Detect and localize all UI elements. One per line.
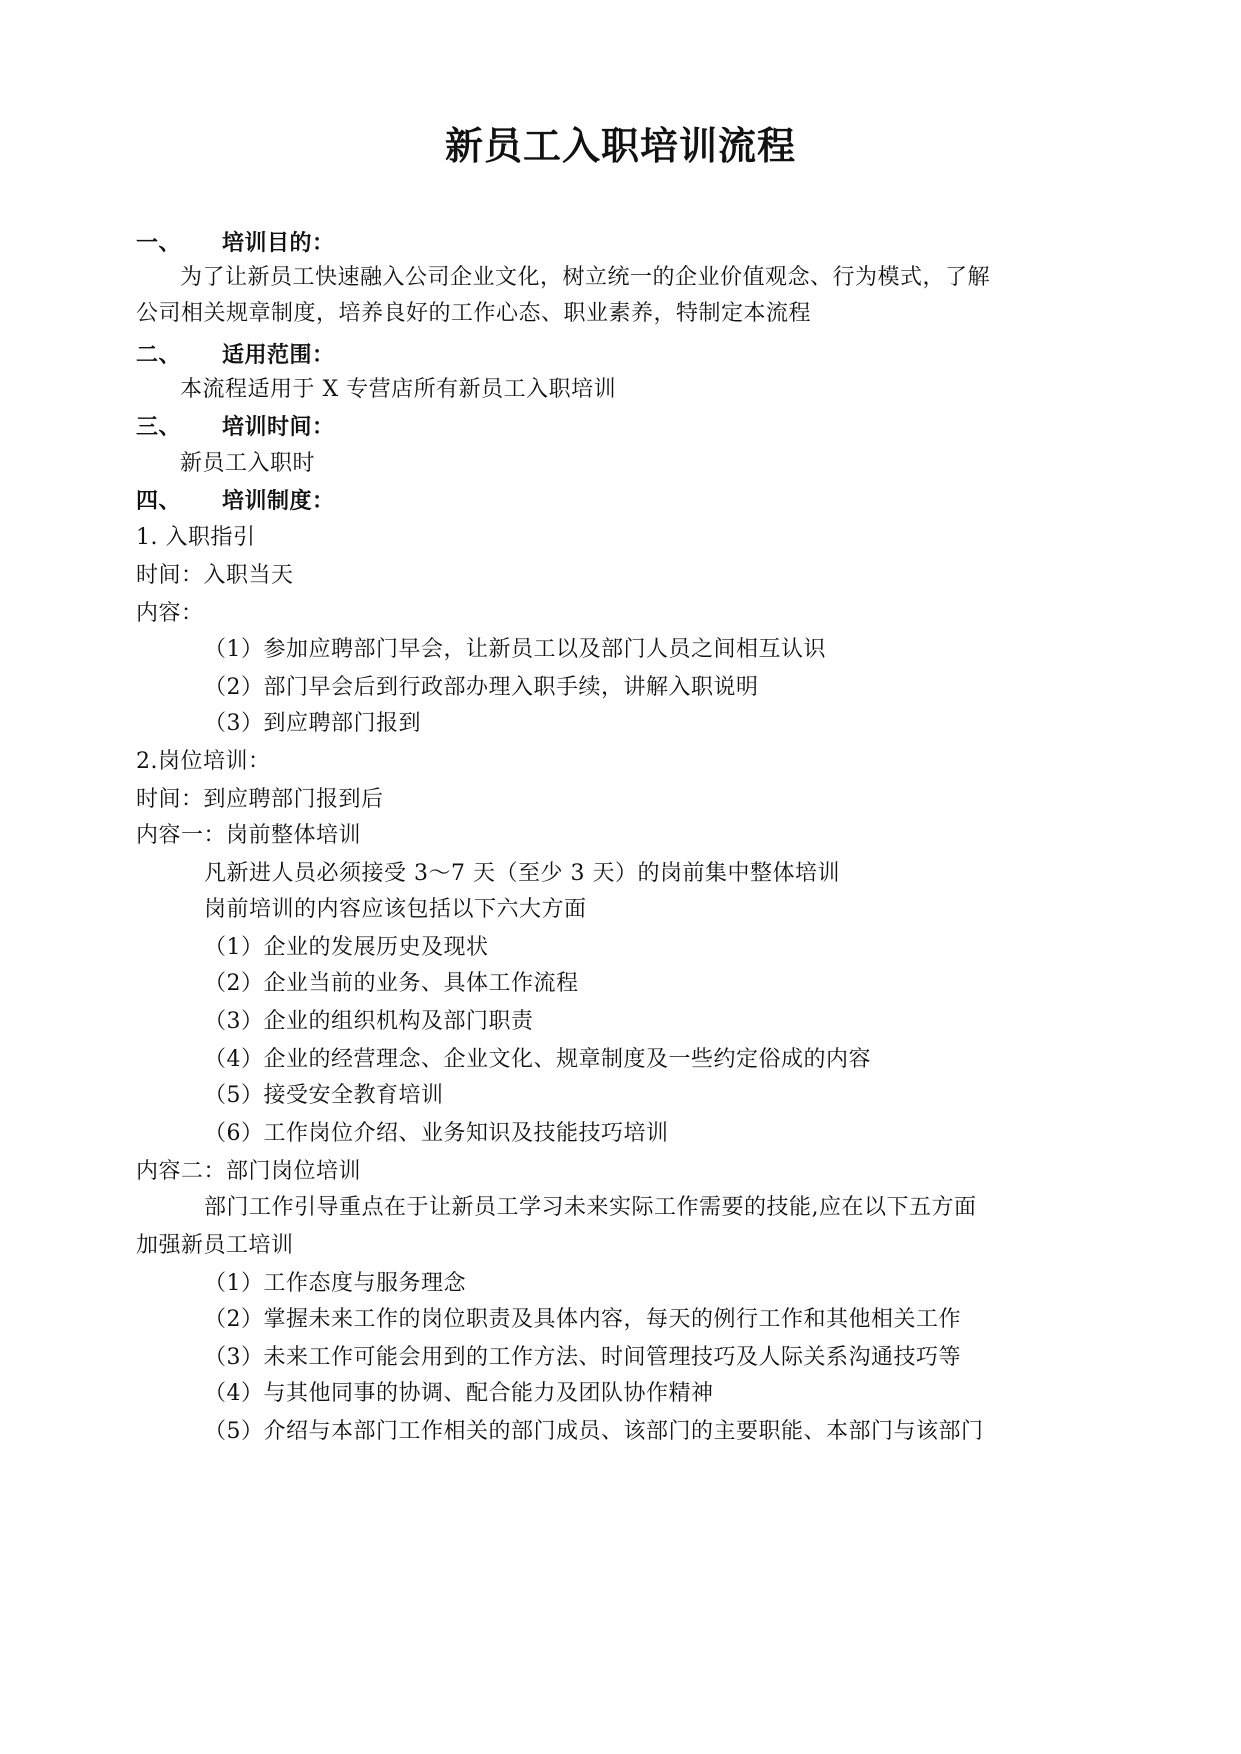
content1-item: （1）企业的发展历史及现状 (204, 932, 489, 964)
content1-label: 内容一：岗前整体培训 (136, 820, 361, 852)
content1-intro-2: 岗前培训的内容应该包括以下六大方面 (204, 894, 587, 926)
section-number: 二、 (136, 340, 222, 372)
purpose-paragraph-line-1: 为了让新员工快速融入公司企业文化，树立统一的企业价值观念、行为模式，了解 (180, 262, 990, 294)
section-heading-system: 四、培训制度： (136, 486, 335, 518)
part1-title: 1. 入职指引 (136, 522, 255, 554)
content2-intro-line-2: 加强新员工培训 (136, 1230, 294, 1262)
content2-intro-line-1: 部门工作引导重点在于让新员工学习未来实际工作需要的技能,应在以下五方面 (204, 1192, 977, 1224)
time-text: 新员工入职时 (180, 448, 315, 480)
content2-item: （3）未来工作可能会用到的工作方法、时间管理技巧及人际关系沟通技巧等 (204, 1342, 961, 1374)
content1-item: （5）接受安全教育培训 (204, 1080, 444, 1112)
content2-label: 内容二：部门岗位培训 (136, 1156, 361, 1188)
part2-title: 2.岗位培训： (136, 746, 271, 778)
section-title: 培训时间： (222, 415, 335, 440)
content2-item: （4）与其他同事的协调、配合能力及团队协作精神 (204, 1378, 714, 1410)
purpose-paragraph-line-2: 公司相关规章制度，培养良好的工作心态、职业素养，特制定本流程 (136, 298, 811, 330)
document-page: 新员工入职培训流程 一、培训目的： 为了让新员工快速融入公司企业文化，树立统一的… (0, 0, 1241, 1754)
part1-item: （2）部门早会后到行政部办理入职手续，讲解入职说明 (204, 672, 759, 704)
part1-time: 时间：入职当天 (136, 560, 294, 592)
content1-item: （6）工作岗位介绍、业务知识及技能技巧培训 (204, 1118, 669, 1150)
section-title: 适用范围： (222, 343, 335, 368)
part1-item: （1）参加应聘部门早会，让新员工以及部门人员之间相互认识 (204, 634, 826, 666)
part1-content-label: 内容： (136, 598, 204, 630)
content1-item: （2）企业当前的业务、具体工作流程 (204, 968, 579, 1000)
section-heading-time: 三、培训时间： (136, 412, 335, 444)
section-number: 三、 (136, 412, 222, 444)
document-title: 新员工入职培训流程 (0, 118, 1241, 174)
part2-time: 时间：到应聘部门报到后 (136, 784, 384, 816)
part1-item: （3）到应聘部门报到 (204, 708, 421, 740)
section-heading-purpose: 一、培训目的： (136, 228, 335, 260)
section-number: 四、 (136, 486, 222, 518)
content2-item: （1）工作态度与服务理念 (204, 1268, 466, 1300)
content1-item: （4）企业的经营理念、企业文化、规章制度及一些约定俗成的内容 (204, 1044, 871, 1076)
section-title: 培训制度： (222, 489, 335, 514)
content1-item: （3）企业的组织机构及部门职责 (204, 1006, 534, 1038)
section-title: 培训目的： (222, 231, 335, 256)
scope-text: 本流程适用于 X 专营店所有新员工入职培训 (180, 374, 616, 406)
section-heading-scope: 二、适用范围： (136, 340, 335, 372)
content2-item: （5）介绍与本部门工作相关的部门成员、该部门的主要职能、本部门与该部门 (204, 1416, 984, 1448)
section-number: 一、 (136, 228, 222, 260)
content1-intro-1: 凡新进人员必须接受 3～7 天（至少 3 天）的岗前集中整体培训 (204, 858, 840, 890)
content2-item: （2）掌握未来工作的岗位职责及具体内容，每天的例行工作和其他相关工作 (204, 1304, 961, 1336)
